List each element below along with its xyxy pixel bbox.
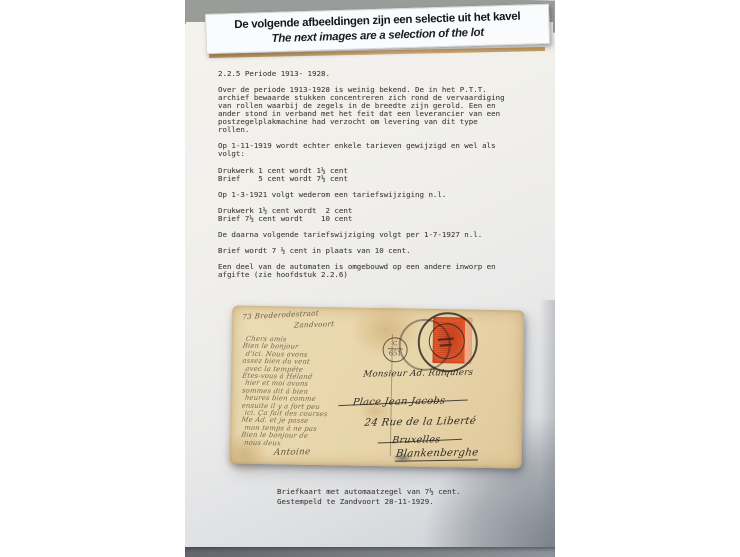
- address-line-recipient: Monsieur Ad. Ruiquiers: [363, 368, 474, 380]
- typed-line: De daarna volgende tariefswijziging volg…: [218, 231, 505, 239]
- address-line-struck-out: Place Jean Jacobs: [352, 396, 446, 409]
- typed-text-block: 2.2.5 Periode 1913- 1928.Over de periode…: [218, 70, 505, 279]
- typed-line: Brief 5 cent wordt 7½ cent: [218, 175, 505, 183]
- typed-line: postzegelplakmachine had verzocht om lev…: [218, 118, 505, 126]
- typed-line: Brief 7½ cent wordt 10 cent: [218, 215, 505, 223]
- table-edge-shadow: [185, 547, 555, 557]
- underlined-text: Blankenberghe: [395, 447, 479, 461]
- photographed-auction-lot-page: De volgende afbeeldingen zijn een select…: [0, 0, 740, 557]
- typed-line: rollen.: [218, 126, 505, 134]
- caption-line: Gestempeld te Zandvoort 28-11-1929.: [277, 497, 461, 507]
- typed-line: volgt:: [218, 150, 505, 158]
- typed-line: Op 1-11-1919 wordt echter enkele tarieve…: [218, 142, 505, 150]
- typed-line: Op 1-3-1921 volgt wederom een tariefswij…: [218, 191, 505, 199]
- address-line-forwarding-city: Blankenberghe: [395, 447, 479, 459]
- typed-line: Brief wordt 7 ½ cent in plaats van 10 ce…: [218, 247, 505, 255]
- typed-line: afgifte (zie hoofdstuk 2.2.6): [218, 271, 505, 279]
- struck-text: Place Jean Jacobs: [352, 396, 446, 409]
- caption-line: Briefkaart met automaatzegel van 7½ cent…: [277, 487, 461, 497]
- photo-of-album-page: De volgende afbeeldingen zijn een select…: [185, 0, 555, 557]
- address-line-street: 24 Rue de la Liberté: [364, 416, 477, 429]
- sender-address-line: Zandvoort: [294, 319, 335, 329]
- caption-block: Briefkaart met automaatzegel van 7½ cent…: [277, 487, 461, 506]
- address-line-city-struck-out: Bruxelles: [391, 434, 441, 446]
- handwritten-message: Chers amisBien le bonjourd'ici. Nous avo…: [241, 336, 378, 449]
- typed-line: 2.2.5 Periode 1913- 1928.: [218, 70, 505, 78]
- postcard: 73 Brederodestraat Zandvoort Chers amisB…: [230, 305, 525, 468]
- signature: Antoine: [273, 447, 311, 458]
- struck-text: Bruxelles: [391, 434, 441, 446]
